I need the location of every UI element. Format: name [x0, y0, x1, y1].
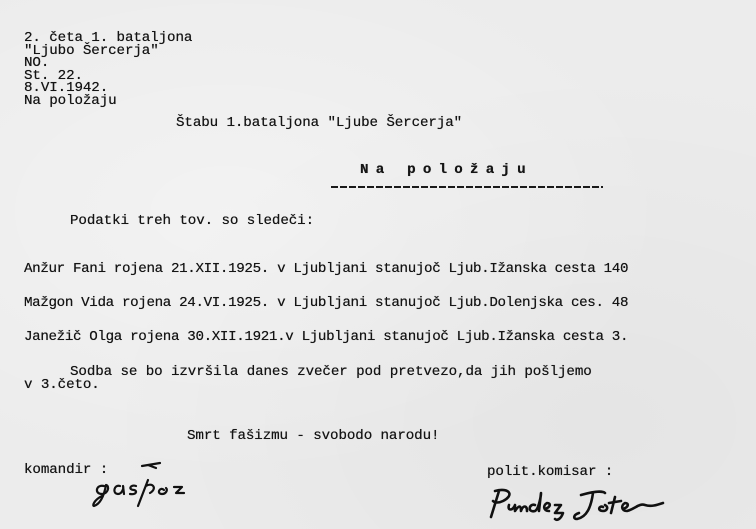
- header-location: Na položaju: [24, 95, 192, 108]
- commander-signature: [90, 460, 205, 510]
- commissar-signature: [485, 483, 670, 525]
- title-underline: [331, 186, 603, 188]
- closing-sentence: Sodba se bo izvršila danes zvečer pod pr…: [70, 366, 592, 379]
- person-entry: Anžur Fani rojena 21.XII.1925. v Ljublja…: [24, 263, 628, 276]
- addressee: Štabu 1.bataljona "Ljube Šercerja": [176, 117, 462, 130]
- document-page: 2. četa 1. bataljona "Ljubo Šercerja" NO…: [0, 0, 756, 529]
- header-battalion-name: "Ljubo Šercerja": [24, 45, 192, 58]
- intro-line: Podatki treh tov. so sledeči:: [70, 215, 314, 228]
- person-entry: Mažgon Vida rojena 24.VI.1925. v Ljublja…: [24, 297, 628, 310]
- person-entry: Janežič Olga rojena 30.XII.1921.v Ljublj…: [24, 331, 628, 344]
- closing-sentence-continued: v 3.četo.: [24, 379, 100, 392]
- commissar-label: polit.komisar :: [487, 466, 613, 479]
- slogan: Smrt fašizmu - svobodo narodu!: [187, 430, 439, 443]
- sender-header: 2. četa 1. bataljona "Ljubo Šercerja" NO…: [24, 32, 192, 108]
- place-title: Na položaju: [360, 164, 533, 177]
